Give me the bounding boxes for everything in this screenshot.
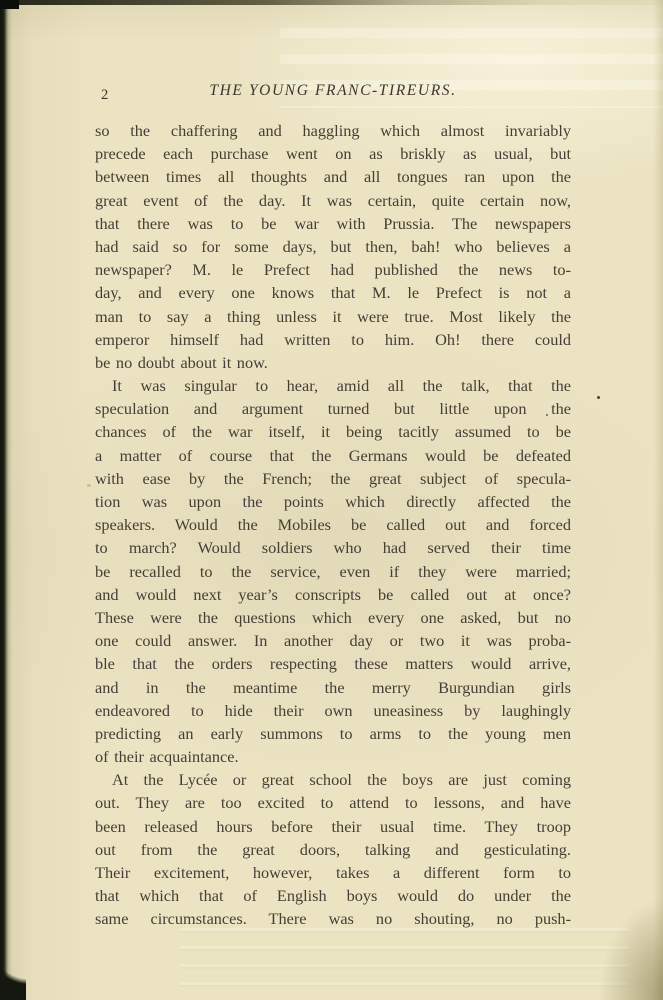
running-header: 2 THE YOUNG FRANC-TIREURS.	[95, 82, 571, 106]
text-line: be no doubt about it now.	[95, 351, 571, 374]
bottom-right-smudge	[593, 890, 663, 1000]
page-number: 2	[101, 87, 108, 104]
text-line: out. They are too excited to attend to l…	[95, 791, 571, 814]
scan-right-edge	[653, 0, 663, 1000]
text-line: Their excitement, however, takes a diffe…	[95, 861, 571, 884]
text-line: predicting an early summons to arms to t…	[95, 722, 571, 745]
body-text: so the chaffering and haggling which alm…	[95, 119, 571, 931]
scan-left-edge	[0, 0, 12, 1000]
text-line: great event of the day. It was certain, …	[95, 189, 571, 212]
text-line: out from the great doors, talking and ge…	[95, 838, 571, 861]
text-line: chances of the war itself, it being taci…	[95, 420, 571, 443]
text-line: It was singular to hear, amid all the ta…	[95, 374, 571, 397]
text-line: one could answer. In another day or two …	[95, 629, 571, 652]
text-line: that there was to be war with Prussia. T…	[95, 212, 571, 235]
scan-top-edge	[0, 0, 663, 5]
text-line: been released hours before their usual t…	[95, 815, 571, 838]
text-line: newspaper? M. le Prefect had published t…	[95, 258, 571, 281]
text-line: had said so for some days, but then, bah…	[95, 235, 571, 258]
text-line: precede each purchase went on as briskly…	[95, 142, 571, 165]
text-line: with ease by the French; the great subje…	[95, 467, 571, 490]
text-line: between times all thoughts and all tongu…	[95, 165, 571, 188]
text-line: endeavored to hide their own uneasiness …	[95, 699, 571, 722]
scan-bottom-left-corner	[0, 948, 26, 1000]
ink-speck	[597, 396, 600, 399]
text-line: tion was upon the points which directly …	[95, 490, 571, 513]
paper-blemish	[87, 484, 91, 487]
text-line: that which that of English boys would do…	[95, 884, 571, 907]
text-line: to march? Would soldiers who had served …	[95, 536, 571, 559]
text-line: be recalled to the service, even if they…	[95, 560, 571, 583]
text-line: and in the meantime the merry Burgundian…	[95, 676, 571, 699]
text-line: At the Lycée or great school the boys ar…	[95, 768, 571, 791]
text-line: of their acquaintance.	[95, 745, 571, 768]
text-line: man to say a thing unless it were true. …	[95, 305, 571, 328]
text-line: a matter of course that the Germans woul…	[95, 444, 571, 467]
text-line: and would next year’s conscripts be call…	[95, 583, 571, 606]
scan-corner-mark	[0, 0, 19, 9]
ink-speck	[546, 414, 548, 416]
book-page-scan: 2 THE YOUNG FRANC-TIREURS. so the chaffe…	[0, 0, 663, 1000]
running-title: THE YOUNG FRANC-TIREURS.	[95, 82, 571, 100]
text-line: so the chaffering and haggling which alm…	[95, 119, 571, 142]
text-line: same circumstances. There was no shoutin…	[95, 907, 571, 930]
text-line: day, and every one knows that M. le Pref…	[95, 281, 571, 304]
text-line: These were the questions which every one…	[95, 606, 571, 629]
text-line: speculation and argument turned but litt…	[95, 397, 571, 420]
text-line: ble that the orders respecting these mat…	[95, 652, 571, 675]
text-line: speakers. Would the Mobiles be called ou…	[95, 513, 571, 536]
text-line: emperor himself had written to him. Oh! …	[95, 328, 571, 351]
